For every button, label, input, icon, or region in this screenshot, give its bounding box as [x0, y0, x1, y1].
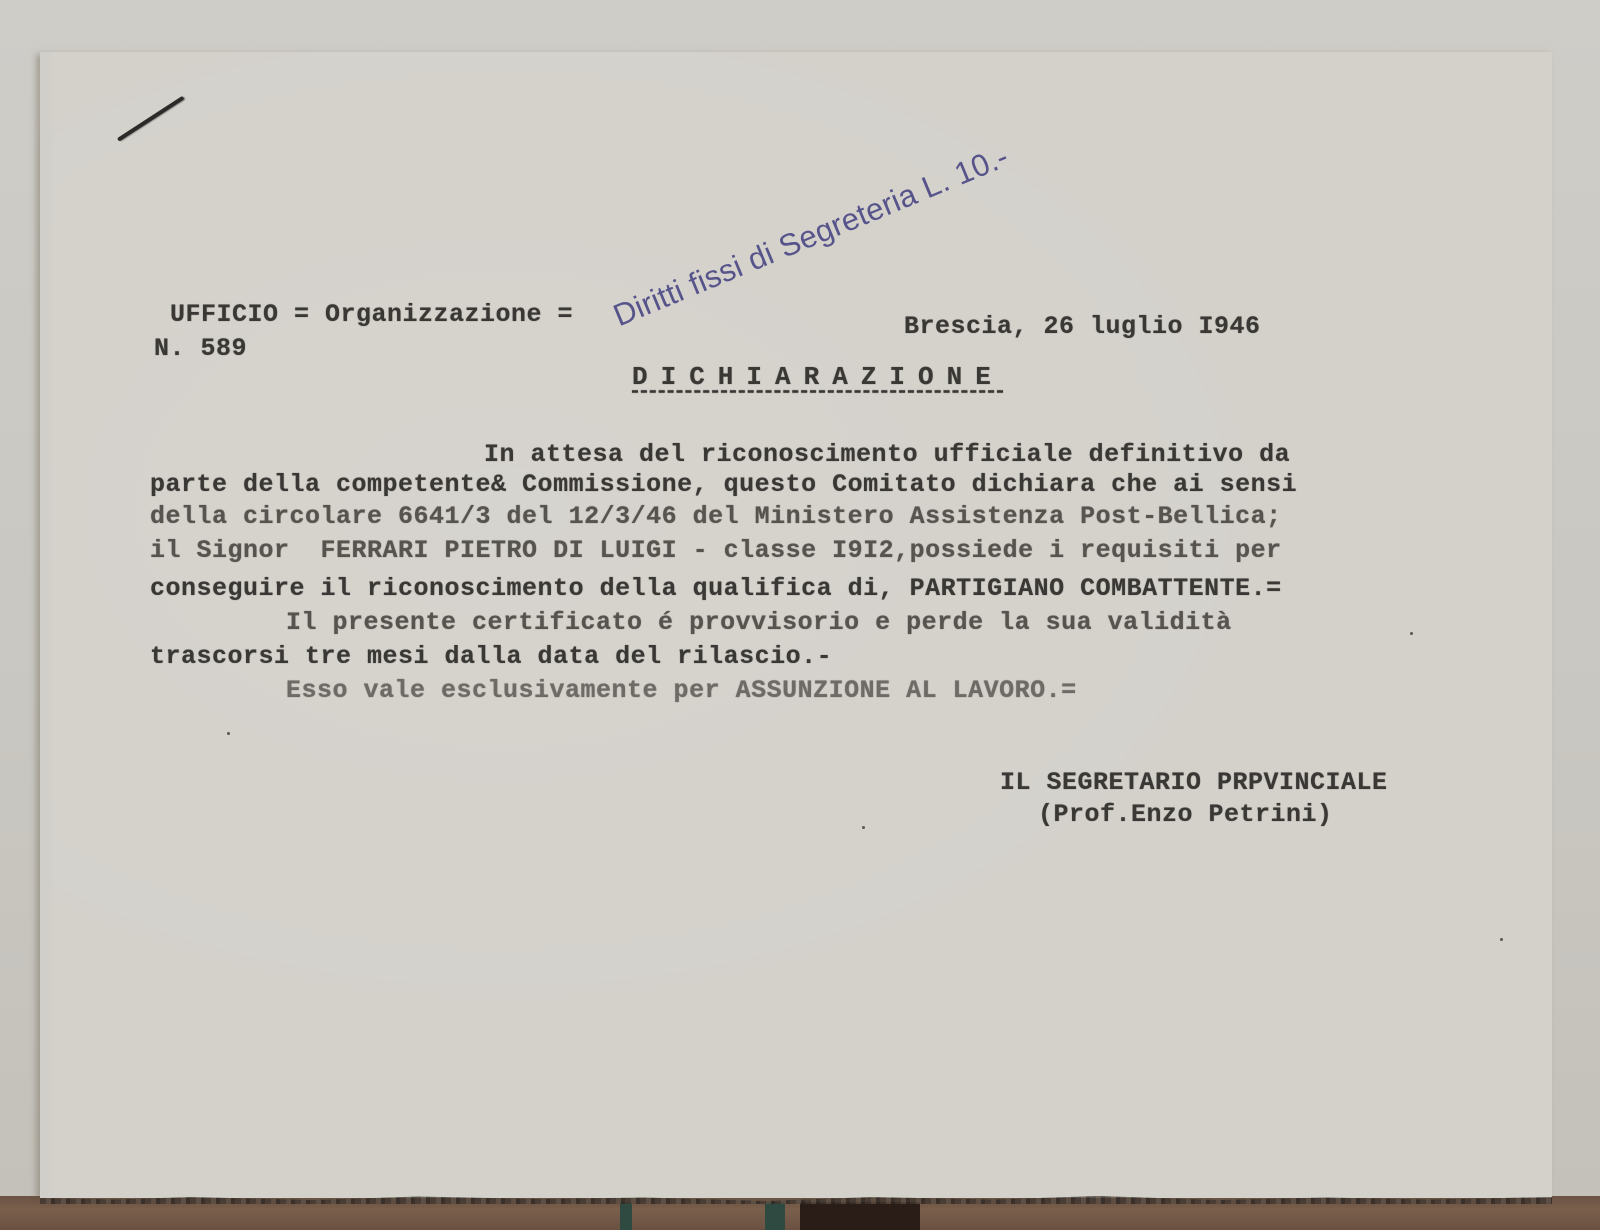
protocol-number: N. 589: [154, 334, 247, 363]
paper-speck: [1410, 632, 1413, 635]
signatory-role: IL SEGRETARIO PRPVINCIALE: [1000, 768, 1388, 797]
shelf-shadow: [800, 1202, 920, 1230]
paper-speck: [227, 732, 230, 735]
paper-speck: [1500, 938, 1503, 941]
body-line: In attesa del riconoscimento ufficiale d…: [484, 440, 1290, 469]
paper-speck: [862, 826, 865, 829]
body-line: della circolare 6641/3 del 12/3/46 del M…: [150, 502, 1282, 531]
place-date: Brescia, 26 luglio I946: [904, 312, 1261, 341]
office-label: UFFICIO = Organizzazione =: [170, 300, 573, 329]
shelf-divider: [620, 1202, 632, 1230]
body-line: conseguire il riconoscimento della quali…: [150, 574, 1282, 603]
body-line: il Signor FERRARI PIETRO DI LUIGI - clas…: [150, 536, 1282, 565]
body-line: trascorsi tre mesi dalla data del rilasc…: [150, 642, 832, 671]
body-line: Il presente certificato é provvisorio e …: [286, 608, 1232, 637]
signatory-name: (Prof.Enzo Petrini): [1038, 800, 1333, 829]
document-title: DICHIARAZIONE: [632, 362, 1004, 392]
body-line: Esso vale esclusivamente per ASSUNZIONE …: [286, 676, 1077, 705]
body-line: parte della competente& Commissione, que…: [150, 470, 1297, 499]
shelf-divider: [765, 1202, 785, 1230]
